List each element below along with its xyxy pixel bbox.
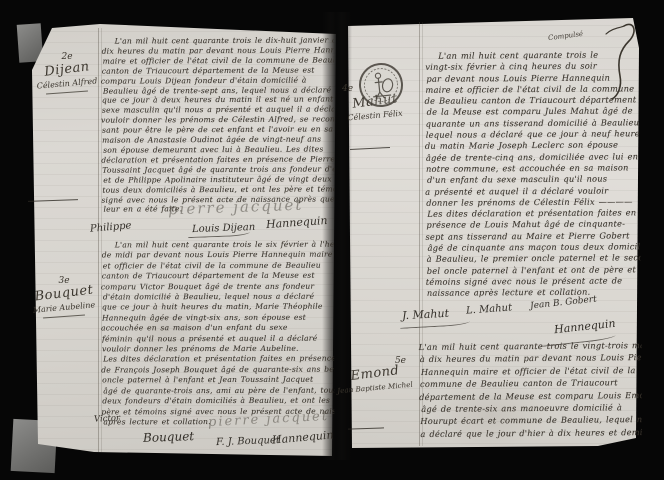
act3-signature-bouquet: Bouquet: [143, 429, 195, 445]
scanned-register-spread: 2e Dijean Célestin Alfred 3e Bouquet Mar…: [0, 0, 664, 480]
act3-signature-fj-bouquet: F. J. Bouquet: [216, 435, 280, 448]
act3-signature-victor: Victor: [94, 413, 121, 424]
act2-body-text: L'an mil huit cent quarante trois le dix…: [102, 35, 335, 215]
margin-note-act5: 5e Emond Jean Baptiste Michel: [334, 356, 416, 392]
timbre-imperial-stamp-icon: [356, 60, 407, 111]
act5-body-text: L'an mil huit cent quarante trois le vin…: [420, 339, 643, 440]
registrar-paraph-flourish: [596, 20, 638, 102]
margin-note-act2: 2e Dijean Célestin Alfred: [34, 52, 100, 93]
margin-note-act3: 3e Bouquet Marie Aubeline: [26, 276, 102, 317]
act3-body-text: L'an mil huit cent quarante trois le six…: [102, 240, 335, 428]
